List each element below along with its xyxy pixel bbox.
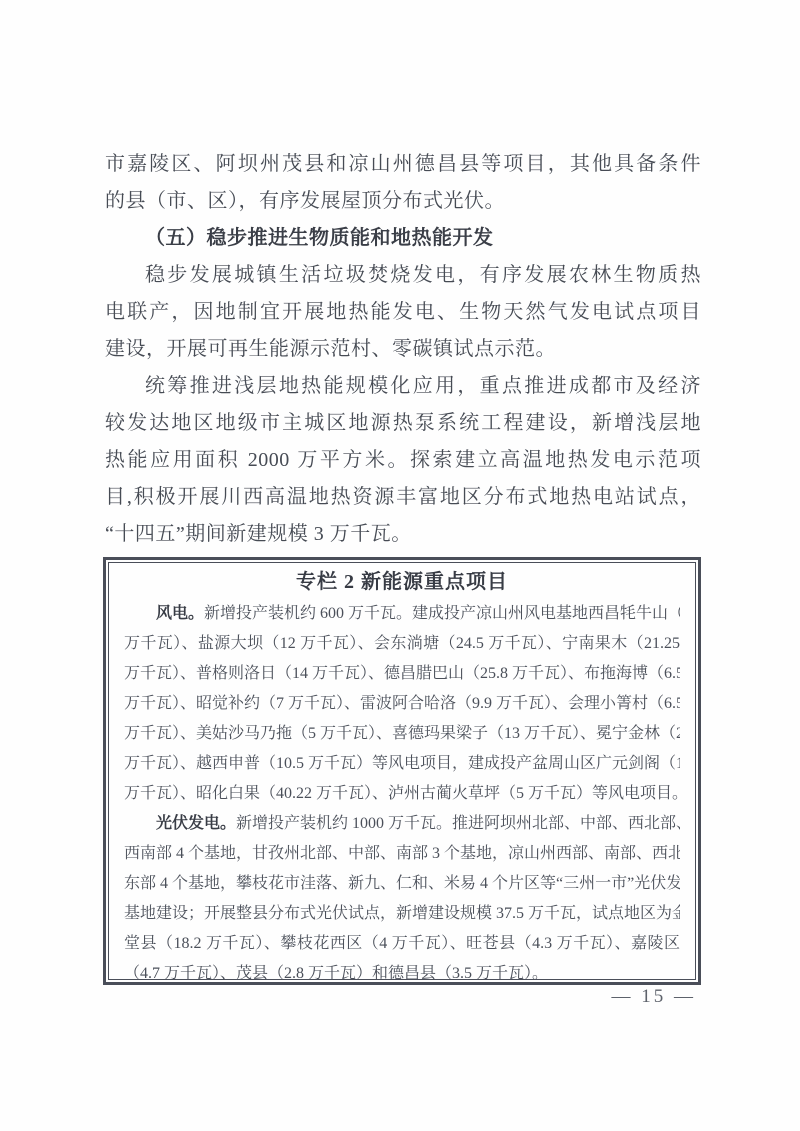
body-text-line: 电联产，因地制宜开展地热能发电、生物天然气发电试点项目 [105, 294, 701, 331]
column-box-title: 专栏 2 新能源重点项目 [124, 566, 680, 599]
wind-first-line: 风电。新增投产装机约 600 万千瓦。建成投产凉山州风电基地西昌牦牛山（59 [124, 599, 680, 629]
wind-label: 风电。 [156, 605, 204, 622]
wind-text-line: 万千瓦）、盐源大坝（12 万千瓦）、会东淌塘（24.5 万千瓦）、宁南果木（21… [124, 629, 680, 659]
solar-text-line: 东部 4 个基地，攀枝花市洼落、新九、仁和、米易 4 个片区等“三州一市”光伏发… [124, 869, 680, 899]
body-text-line: 目,积极开展川西高温地热资源丰富地区分布式地热电站试点， [105, 479, 701, 516]
body-text-line: “十四五”期间新建规模 3 万千瓦。 [105, 516, 701, 553]
paragraph-continuation: 市嘉陵区、阿坝州茂县和凉山州德昌县等项目，其他具备条件的县（市、区），有序发展屋… [105, 146, 701, 220]
body-text-line: 稳步发展城镇生活垃圾焚烧发电，有序发展农林生物质热 [105, 257, 701, 294]
wind-power-paragraph: 风电。新增投产装机约 600 万千瓦。建成投产凉山州风电基地西昌牦牛山（59 万… [124, 599, 680, 809]
solar-first-line: 光伏发电。新增投产装机约 1000 万千瓦。推进阿坝州北部、中部、西北部、 [124, 809, 680, 839]
body-text: 市嘉陵区、阿坝州茂县和凉山州德昌县等项目，其他具备条件的县（市、区），有序发展屋… [105, 146, 701, 553]
column-box-inner-border: 专栏 2 新能源重点项目 风电。新增投产装机约 600 万千瓦。建成投产凉山州风… [108, 562, 696, 980]
wind-first-line-text: 新增投产装机约 600 万千瓦。建成投产凉山州风电基地西昌牦牛山（59 [204, 605, 680, 622]
wind-text-line: 万千瓦）、普格则洛日（14 万千瓦）、德昌腊巴山（25.8 万千瓦）、布拖海博（… [124, 659, 680, 689]
solar-first-line-text: 新增投产装机约 1000 万千瓦。推进阿坝州北部、中部、西北部、 [236, 815, 680, 832]
body-text-line: 统筹推进浅层地热能规模化应用，重点推进成都市及经济 [105, 368, 701, 405]
body-text-line: 市嘉陵区、阿坝州茂县和凉山州德昌县等项目，其他具备条件 [105, 146, 701, 183]
wind-text-line: 万千瓦）、越西申普（10.5 万千瓦）等风电项目，建成投产盆周山区广元剑阁（10 [124, 749, 680, 779]
solar-text-line: 堂县（18.2 万千瓦）、攀枝花西区（4 万千瓦）、旺苍县（4.3 万千瓦）、嘉… [124, 929, 680, 959]
body-text-line: 的县（市、区），有序发展屋顶分布式光伏。 [105, 183, 701, 220]
wind-lines: 万千瓦）、盐源大坝（12 万千瓦）、会东淌塘（24.5 万千瓦）、宁南果木（21… [124, 629, 680, 809]
body-text-line: 热能应用面积 2000 万平方米。探索建立高温地热发电示范项 [105, 442, 701, 479]
paragraph-biomass: 稳步发展城镇生活垃圾焚烧发电，有序发展农林生物质热电联产，因地制宜开展地热能发电… [105, 257, 701, 368]
solar-power-paragraph: 光伏发电。新增投产装机约 1000 万千瓦。推进阿坝州北部、中部、西北部、 西南… [124, 809, 680, 989]
wind-text-line: 万千瓦）、昭觉补约（7 万千瓦）、雷波阿合哈洛（9.9 万千瓦）、会理小箐村（6… [124, 689, 680, 719]
section-heading: （五）稳步推进生物质能和地热能开发 [105, 220, 701, 257]
page-number: — 15 — [612, 986, 697, 1008]
solar-text-line: （4.7 万千瓦）、茂县（2.8 万千瓦）和德昌县（3.5 万千瓦）。 [124, 959, 680, 989]
document-page: 市嘉陵区、阿坝州茂县和凉山州德昌县等项目，其他具备条件的县（市、区），有序发展屋… [0, 0, 800, 1131]
solar-text-line: 西南部 4 个基地，甘孜州北部、中部、南部 3 个基地，凉山州西部、南部、西北部… [124, 839, 680, 869]
paragraph-geothermal: 统筹推进浅层地热能规模化应用，重点推进成都市及经济较发达地区地级市主城区地源热泵… [105, 368, 701, 553]
body-text-line: 较发达地区地级市主城区地源热泵系统工程建设，新增浅层地 [105, 405, 701, 442]
wind-text-line: 万千瓦）、昭化白果（40.22 万千瓦）、泸州古蔺火草坪（5 万千瓦）等风电项目… [124, 779, 680, 809]
solar-lines: 西南部 4 个基地，甘孜州北部、中部、南部 3 个基地，凉山州西部、南部、西北部… [124, 839, 680, 989]
column-box: 专栏 2 新能源重点项目 风电。新增投产装机约 600 万千瓦。建成投产凉山州风… [103, 557, 701, 985]
body-text-line: 建设，开展可再生能源示范村、零碳镇试点示范。 [105, 331, 701, 368]
solar-label: 光伏发电。 [156, 815, 236, 832]
solar-text-line: 基地建设；开展整县分布式光伏试点，新增建设规模 37.5 万千瓦，试点地区为金 [124, 899, 680, 929]
wind-text-line: 万千瓦）、美姑沙马乃拖（5 万千瓦）、喜德玛果梁子（13 万千瓦）、冕宁金林（2… [124, 719, 680, 749]
